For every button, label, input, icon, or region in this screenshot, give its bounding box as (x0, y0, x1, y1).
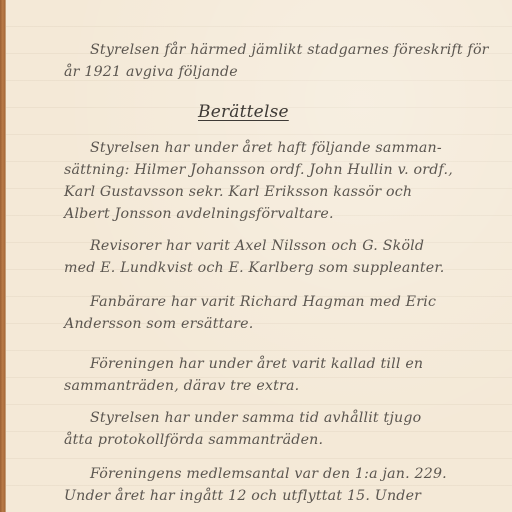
paragraph-line: sättning: Hilmer Johansson ordf. John Hu… (64, 162, 453, 178)
paragraph-line: åtta protokollförda sammanträden. (64, 432, 323, 448)
paragraph-line: Revisorer har varit Axel Nilsson och G. … (90, 238, 424, 254)
paragraph-line: Karl Gustavsson sekr. Karl Eriksson kass… (64, 184, 412, 200)
intro-line: år 1921 avgiva följande (64, 64, 238, 80)
paragraph-line: Andersson som ersättare. (64, 316, 253, 332)
paragraph-line: Albert Jonsson avdelningsförvaltare. (64, 206, 334, 222)
paragraph-line: sammanträden, därav tre extra. (64, 378, 299, 394)
paragraph-line: Styrelsen har under året haft följande s… (90, 140, 442, 156)
handwritten-page: Styrelsen får härmed jämlikt stadgarnes … (6, 0, 512, 512)
paragraph-line: Föreningens medlemsantal var den 1:a jan… (90, 466, 447, 482)
paragraph-line: med E. Lundkvist och E. Karlberg som sup… (64, 260, 445, 276)
document-photo: Styrelsen får härmed jämlikt stadgarnes … (0, 0, 512, 512)
paragraph-line: Föreningen har under året varit kallad t… (90, 356, 423, 372)
page-heading: Berättelse (198, 102, 289, 122)
intro-line: Styrelsen får härmed jämlikt stadgarnes … (90, 42, 489, 58)
paragraph-line: Fanbärare har varit Richard Hagman med E… (90, 294, 436, 310)
paragraph-line: Styrelsen har under samma tid avhållit t… (90, 410, 421, 426)
paragraph-line: Under året har ingått 12 och utflyttat 1… (64, 488, 421, 504)
